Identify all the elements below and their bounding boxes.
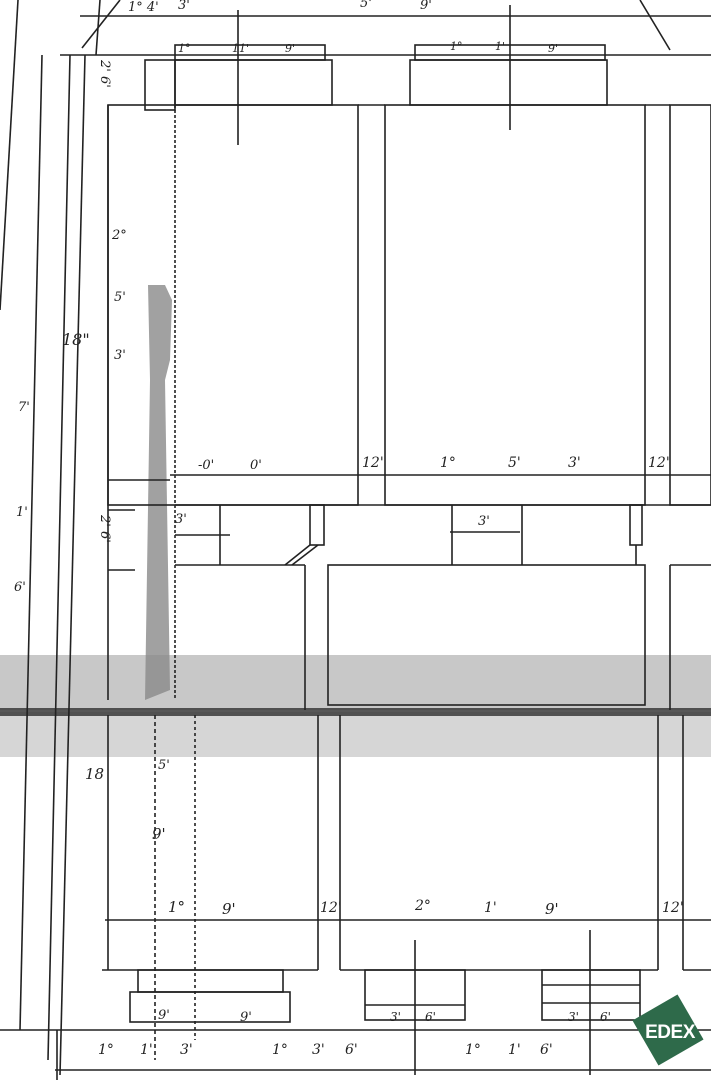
detail-bottom-3: 3': [390, 1010, 401, 1024]
dim-upper-1: -0': [198, 458, 214, 473]
detail-top-1: 1°: [178, 42, 191, 55]
detail-bottom-2: 9': [240, 1010, 252, 1025]
logo-text: EDEX: [634, 1022, 706, 1044]
dim-lower-1: 1°: [168, 898, 185, 916]
dim-left-1: 2' 6': [97, 60, 112, 88]
detail-top-4: 1°: [450, 40, 463, 53]
dim-bottom-6: 6': [345, 1042, 358, 1058]
dim-left-11: 5': [158, 758, 170, 773]
dim-bottom-4: 1°: [272, 1042, 288, 1058]
dim-top-1: 1° 4': [128, 0, 159, 15]
dim-bottom-7: 1°: [465, 1042, 481, 1058]
detail-bottom-6: 6': [600, 1010, 611, 1024]
detail-bottom-4: 6': [425, 1010, 436, 1024]
dim-left-12: 9': [152, 825, 166, 843]
dim-upper-3: 12': [362, 455, 384, 471]
dim-bottom-9: 6': [540, 1042, 553, 1058]
dim-bottom-3: 3': [180, 1042, 193, 1058]
edex-logo: EDEX: [634, 1000, 706, 1072]
dim-upper-7: 12': [648, 455, 670, 471]
detail-top-6: 9': [548, 42, 558, 55]
detail-top-2: 11': [232, 42, 249, 55]
dim-top-2: 3': [178, 0, 190, 13]
mid-label-2: 3': [478, 514, 490, 529]
dim-lower-7: 12': [662, 900, 684, 916]
dim-left-4: 3': [114, 348, 126, 363]
dim-upper-4: 1°: [440, 455, 456, 471]
dim-lower-4: 2°: [415, 898, 431, 914]
dim-bottom-1: 1°: [98, 1042, 114, 1058]
dim-top-3: 5': [360, 0, 372, 11]
dim-top-4: 9': [420, 0, 432, 13]
detail-bottom-5: 3': [568, 1010, 579, 1024]
detail-top-3: 9': [285, 42, 295, 55]
dim-bottom-5: 3': [312, 1042, 325, 1058]
dim-left-8: 6': [14, 580, 26, 595]
dim-lower-5: 1': [484, 900, 497, 916]
dim-upper-6: 3': [568, 455, 581, 471]
dim-lower-2: 9': [222, 900, 236, 918]
mid-label-1: 3': [175, 512, 187, 527]
dim-left-6: 7': [18, 400, 30, 415]
dim-left-5: 18": [62, 330, 90, 349]
dim-bottom-8: 1': [508, 1042, 521, 1058]
dim-left-7: 1': [16, 505, 28, 520]
detail-top-5: 1': [495, 40, 505, 53]
dim-upper-2: 0': [250, 458, 262, 473]
dim-upper-5: 5': [508, 455, 521, 471]
dim-left-2: 2°: [112, 228, 127, 243]
dim-left-3: 5': [114, 290, 126, 305]
dim-left-10: 18: [85, 765, 104, 783]
dim-bottom-2: 1': [140, 1042, 153, 1058]
dim-lower-3: 12': [320, 900, 342, 916]
detail-bottom-1: 9': [158, 1008, 170, 1023]
dim-left-9: 2' 6': [97, 515, 112, 543]
dim-lower-6: 9': [545, 900, 559, 918]
